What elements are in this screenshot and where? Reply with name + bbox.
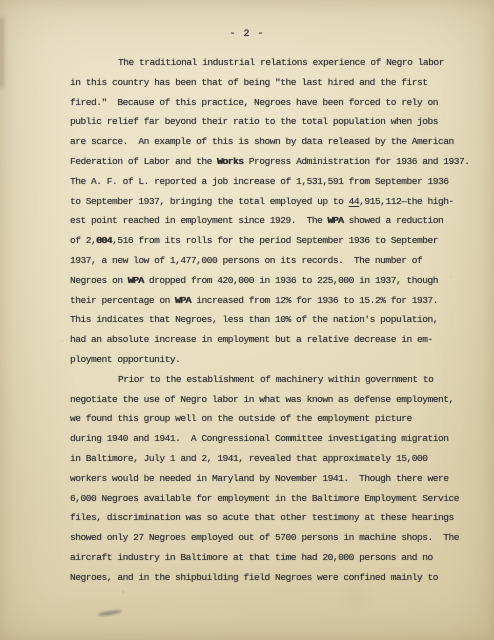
pencil-smudge (98, 609, 122, 617)
text-line: negotiate the use of Negro labor in what… (70, 390, 484, 410)
text-line: showed only 27 Negroes employed out of 5… (70, 528, 484, 548)
text-line: of 2,004,516 from its rolls for the peri… (70, 231, 484, 251)
text-segment: public relief far beyond their ratio to … (70, 116, 438, 127)
text-segment: ployment opportunity. (70, 354, 180, 365)
text-segment: of 2, (70, 235, 96, 246)
text-line: in this country has been that of being "… (70, 73, 484, 93)
text-segment: are scarce. An example of this is shown … (70, 136, 454, 147)
text-line: their percentage on WPA increased from 1… (70, 291, 484, 311)
text-line: Negroes on WPA dropped from 420,000 in 1… (70, 271, 484, 291)
text-segment: 1937, a new low of 1,477,000 persons on … (70, 255, 422, 266)
page-number: - 2 - (0, 29, 494, 40)
text-segment: Prior to the establishment of machinery … (118, 374, 433, 385)
text-line: Federation of Labor and the Works Progre… (70, 152, 484, 172)
text-segment: Progress Administration for 1936 and 193… (244, 156, 470, 167)
text-segment: workers would be needed in Maryland by N… (70, 473, 449, 484)
text-line: files, discrimination was so acute that … (70, 508, 484, 528)
underlined-text: 44 (349, 196, 360, 207)
text-line: The A. F. of L. reported a job increase … (70, 172, 484, 192)
text-segment: aircraft industry in Baltimore at that t… (70, 552, 433, 563)
text-line: This indicates that Negroes, less than 1… (70, 310, 484, 330)
overstruck-text: 004 (96, 235, 112, 246)
text-segment: Federation of Labor and the (70, 156, 217, 167)
text-line: 1937, a new low of 1,477,000 persons on … (70, 251, 484, 271)
text-segment: fired." Because of this practice, Negroe… (70, 97, 438, 108)
text-line: fired." Because of this practice, Negroe… (70, 93, 484, 113)
text-line: had an absolute increase in employment b… (70, 330, 484, 350)
text-segment: showed a reduction (343, 215, 443, 226)
text-segment: during 1940 and 1941. A Congressional Co… (70, 433, 449, 444)
text-segment: 6,000 Negroes available for employment i… (70, 493, 459, 504)
text-line: Negroes, and in the shipbuilding field N… (70, 568, 484, 588)
text-segment: The traditional industrial relations exp… (118, 57, 444, 68)
text-line: workers would be needed in Maryland by N… (70, 469, 484, 489)
text-line: in Baltimore, July 1 and 2, 1941, reveal… (70, 449, 484, 469)
text-line: during 1940 and 1941. A Congressional Co… (70, 429, 484, 449)
text-segment: est point reached in employment since 19… (70, 215, 328, 226)
text-segment: showed only 27 Negroes employed out of 5… (70, 532, 459, 543)
text-segment: The A. F. of L. reported a job increase … (70, 176, 449, 187)
text-line: Prior to the establishment of machinery … (70, 370, 484, 390)
text-segment: we found this group well on the outside … (70, 413, 412, 424)
text-line: est point reached in employment since 19… (70, 211, 484, 231)
overstruck-text: Works (217, 156, 243, 167)
text-segment: negotiate the use of Negro labor in what… (70, 394, 454, 405)
text-segment: Negroes, and in the shipbuilding field N… (70, 572, 438, 583)
text-segment: files, discrimination was so acute that … (70, 512, 454, 523)
text-segment: dropped from 420,000 in 1936 to 225,000 … (144, 275, 438, 286)
text-segment: to September 1937, bringing the total em… (70, 196, 349, 207)
text-segment: increased from 12% for 1936 to 15.2% for… (191, 295, 438, 306)
text-line: are scarce. An example of this is shown … (70, 132, 484, 152)
overstruck-text: WPA (128, 275, 144, 286)
text-segment: had an absolute increase in employment b… (70, 334, 433, 345)
text-segment: Negroes on (70, 275, 128, 286)
text-segment: their percentage on (70, 295, 175, 306)
text-line: public relief far beyond their ratio to … (70, 112, 484, 132)
text-segment: in Baltimore, July 1 and 2, 1941, reveal… (70, 453, 428, 464)
text-line: ployment opportunity. (70, 350, 484, 370)
overstruck-text: WPA (175, 295, 191, 306)
text-line: we found this group well on the outside … (70, 409, 484, 429)
text-line: to September 1937, bringing the total em… (70, 192, 484, 212)
document-page: - 2 - The traditional industrial relatio… (0, 0, 494, 640)
text-segment: in this country has been that of being "… (70, 77, 428, 88)
overstruck-text: WPA (328, 215, 344, 226)
document-text: The traditional industrial relations exp… (70, 53, 484, 588)
text-segment: ,915,112—the high- (359, 196, 454, 207)
text-segment: This indicates that Negroes, less than 1… (70, 314, 438, 325)
text-line: aircraft industry in Baltimore at that t… (70, 548, 484, 568)
text-line: The traditional industrial relations exp… (70, 53, 484, 73)
text-segment: ,516 from its rolls for the period Septe… (112, 235, 438, 246)
text-line: 6,000 Negroes available for employment i… (70, 489, 484, 509)
